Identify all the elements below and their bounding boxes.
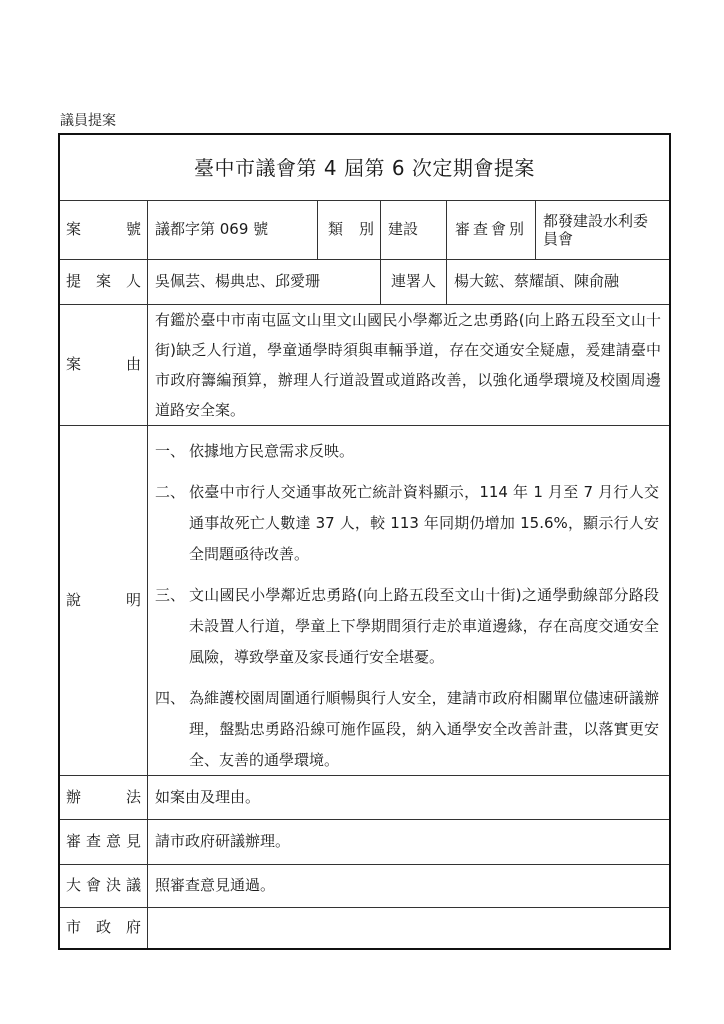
explanation-list: 一、 依據地方民意需求反映。 二、 依臺中市行人交通事故死亡統計資料顯示，114… (147, 426, 669, 775)
proposer-label: 提 案 人 (60, 260, 147, 304)
review-opinion-label: 審 查 意 見 (60, 820, 147, 864)
case-number-label: 案 號 (60, 201, 147, 259)
review-committee-value: 都發建設水利委員會 (535, 201, 669, 259)
cosigners-value: 楊大鋐、蔡耀頡、陳俞融 (446, 260, 669, 304)
city-government-row: 市 政 府 (60, 907, 669, 948)
method-value: 如案由及理由。 (147, 776, 669, 819)
explanation-item: 三、 文山國民小學鄰近忠勇路(向上路五段至文山十街)之通學動線部分路段未設置人行… (155, 580, 659, 673)
review-session-label: 審查會別 (446, 201, 535, 259)
reason-text: 有鑑於臺中市南屯區文山里文山國民小學鄰近之忠勇路(向上路五段至文山十街)缺乏人行… (147, 305, 669, 425)
resolution-label: 大 會 決 議 (60, 865, 147, 907)
case-number-value: 議都字第 069 號 (147, 201, 317, 259)
explanation-item: 二、 依臺中市行人交通事故死亡統計資料顯示，114 年 1 月至 7 月行人交通… (155, 477, 659, 570)
reason-row: 案 由 有鑑於臺中市南屯區文山里文山國民小學鄰近之忠勇路(向上路五段至文山十街)… (60, 304, 669, 425)
cosigner-label: 連署人 (380, 260, 446, 304)
case-row: 案 號 議都字第 069 號 類 別 建設 審查會別 都發建設水利委員會 (60, 200, 669, 259)
title-row: 臺中市議會第 4 屆第 6 次定期會提案 (60, 135, 669, 200)
category-value: 建設 (380, 201, 446, 259)
explanation-row: 說 明 一、 依據地方民意需求反映。 二、 依臺中市行人交通事故死亡統計資料顯示… (60, 425, 669, 775)
resolution-value: 照審查意見通過。 (147, 865, 669, 907)
resolution-row: 大 會 決 議 照審查意見通過。 (60, 864, 669, 907)
explanation-item: 四、 為維護校園周圍通行順暢與行人安全，建請市政府相關單位儘速研議辦理，盤點忠勇… (155, 683, 659, 776)
method-row: 辦 法 如案由及理由。 (60, 775, 669, 819)
category-label: 類 別 (317, 201, 380, 259)
proposers-value: 吳佩芸、楊典忠、邱愛珊 (147, 260, 380, 304)
method-label: 辦 法 (60, 776, 147, 819)
review-opinion-value: 請市政府研議辦理。 (147, 820, 669, 864)
explanation-item: 一、 依據地方民意需求反映。 (155, 436, 659, 467)
page-title: 臺中市議會第 4 屆第 6 次定期會提案 (60, 135, 669, 200)
city-government-value (147, 908, 669, 948)
reason-label: 案 由 (60, 305, 147, 425)
city-government-label: 市 政 府 (60, 908, 147, 948)
proposer-row: 提 案 人 吳佩芸、楊典忠、邱愛珊 連署人 楊大鋐、蔡耀頡、陳俞融 (60, 259, 669, 304)
proposal-table: 臺中市議會第 4 屆第 6 次定期會提案 案 號 議都字第 069 號 類 別 … (58, 133, 671, 950)
explanation-label: 說 明 (60, 426, 147, 775)
document-label: 議員提案 (60, 110, 116, 130)
review-opinion-row: 審 查 意 見 請市政府研議辦理。 (60, 819, 669, 864)
